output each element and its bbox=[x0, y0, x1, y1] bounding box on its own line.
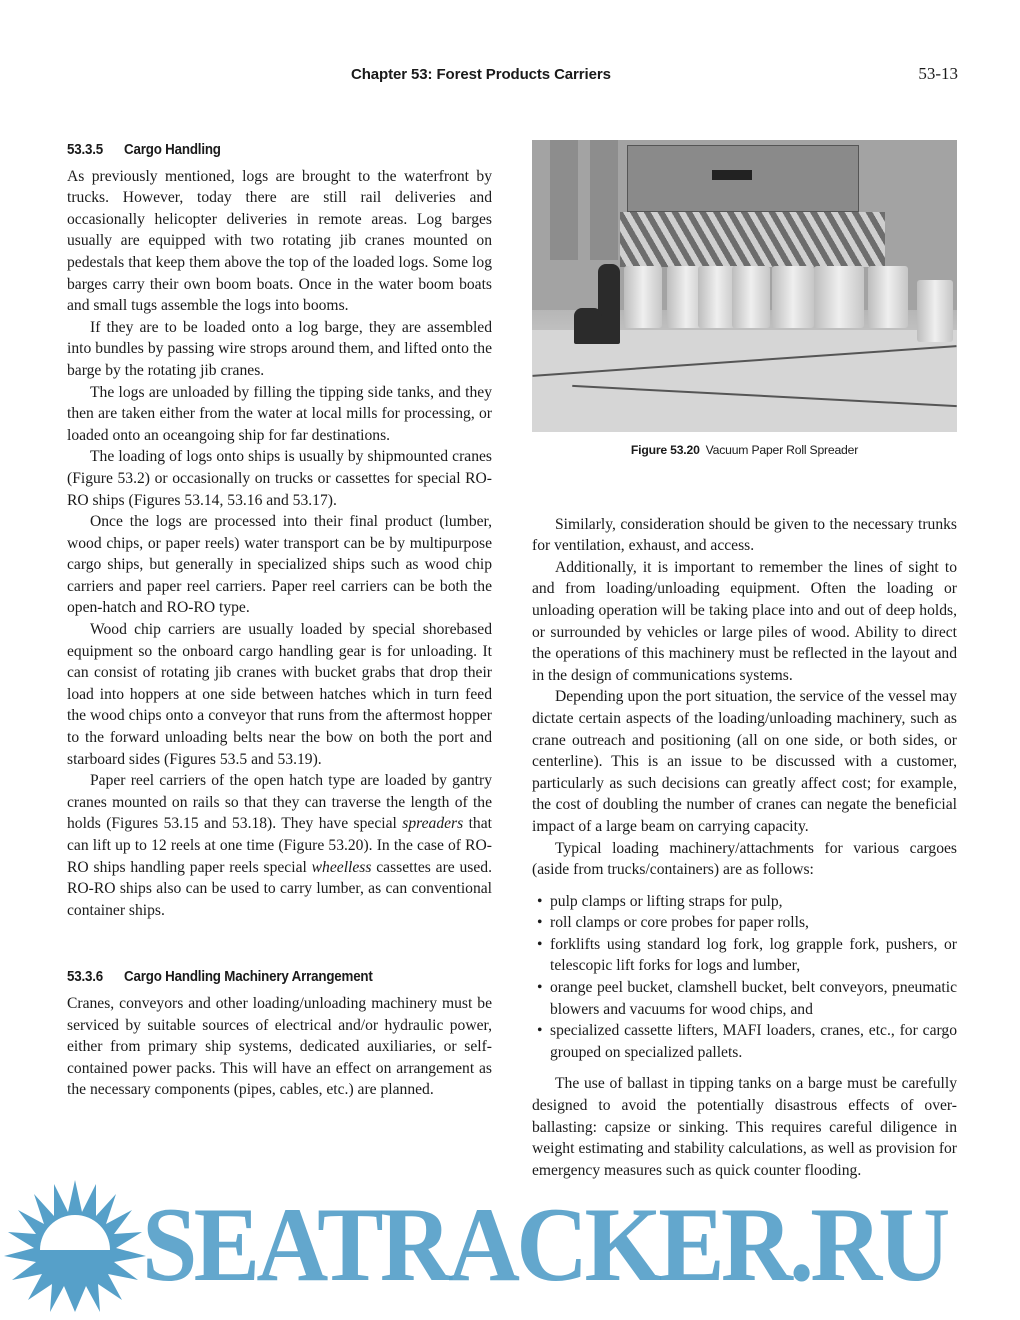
section-title: Cargo Handling bbox=[124, 142, 221, 158]
paper-roll bbox=[624, 266, 662, 328]
paper-roll bbox=[732, 266, 770, 328]
list-item: forklifts using standard log fork, log g… bbox=[532, 934, 957, 977]
figure-photo bbox=[532, 140, 957, 432]
paragraph: Similarly, consideration should be given… bbox=[532, 514, 957, 557]
section-number: 53.3.6 bbox=[67, 967, 124, 989]
hold-pillar bbox=[550, 140, 578, 260]
figure-caption: Figure 53.20Vacuum Paper Roll Spreader bbox=[532, 440, 957, 462]
paragraph: Additionally, it is important to remembe… bbox=[532, 557, 957, 687]
spreader-logo bbox=[712, 170, 752, 180]
section-title: Cargo Handling Machinery Arrangement bbox=[124, 969, 373, 985]
section-number: 53.3.5 bbox=[67, 140, 124, 162]
paper-roll bbox=[868, 266, 908, 328]
section-heading-53-3-6: 53.3.6Cargo Handling Machinery Arrangeme… bbox=[67, 967, 458, 989]
page-number: 53-13 bbox=[918, 64, 958, 84]
emphasis-spreaders: spreaders bbox=[402, 815, 463, 832]
paragraph: Depending upon the port situation, the s… bbox=[532, 686, 957, 837]
list-item: specialized cassette lifters, MAFI loade… bbox=[532, 1020, 957, 1063]
paragraph: Typical loading machinery/attachments fo… bbox=[532, 838, 957, 881]
watermark-text: SEATRACKER.RU bbox=[142, 1192, 947, 1298]
watermark: SEATRACKER.RU bbox=[0, 1180, 1020, 1320]
paragraph: Once the logs are processed into their f… bbox=[67, 511, 492, 619]
paragraph: The logs are unloaded by filling the tip… bbox=[67, 382, 492, 447]
figure-caption-text: Vacuum Paper Roll Spreader bbox=[706, 443, 858, 457]
sun-logo-icon bbox=[0, 1172, 150, 1312]
left-column: 53.3.5Cargo Handling As previously menti… bbox=[67, 140, 492, 1101]
paper-roll bbox=[917, 280, 953, 342]
figure-label: Figure 53.20 bbox=[631, 443, 700, 457]
machinery-list: pulp clamps or lifting straps for pulp, … bbox=[532, 891, 957, 1064]
paragraph: Wood chip carriers are usually loaded by… bbox=[67, 619, 492, 770]
running-header: Chapter 53: Forest Products Carriers 53-… bbox=[0, 64, 1020, 88]
right-column: Figure 53.20Vacuum Paper Roll Spreader S… bbox=[532, 140, 957, 1181]
list-item: pulp clamps or lifting straps for pulp, bbox=[532, 891, 957, 913]
paragraph: Cranes, conveyors and other loading/unlo… bbox=[67, 993, 492, 1101]
paper-roll bbox=[698, 266, 736, 328]
paragraph: The loading of logs onto ships is usuall… bbox=[67, 446, 492, 511]
paragraph: As previously mentioned, logs are brough… bbox=[67, 166, 492, 317]
list-item: orange peel bucket, clamshell bucket, be… bbox=[532, 977, 957, 1020]
hold-pillar bbox=[590, 140, 618, 260]
paragraph: If they are to be loaded onto a log barg… bbox=[67, 317, 492, 382]
worker-figure bbox=[574, 308, 602, 344]
spreader-mechanism bbox=[620, 212, 885, 267]
section-heading-53-3-5: 53.3.5Cargo Handling bbox=[67, 140, 458, 162]
spacer bbox=[532, 462, 957, 514]
chapter-title: Chapter 53: Forest Products Carriers bbox=[351, 66, 611, 83]
emphasis-wheelless: wheelless bbox=[312, 859, 372, 876]
hold-floor bbox=[532, 330, 957, 432]
paragraph: The use of ballast in tipping tanks on a… bbox=[532, 1073, 957, 1181]
paper-roll bbox=[814, 266, 864, 328]
paper-roll bbox=[772, 266, 814, 328]
list-item: roll clamps or core probes for paper rol… bbox=[532, 912, 957, 934]
paragraph-paper-reel: Paper reel carriers of the open hatch ty… bbox=[67, 770, 492, 921]
